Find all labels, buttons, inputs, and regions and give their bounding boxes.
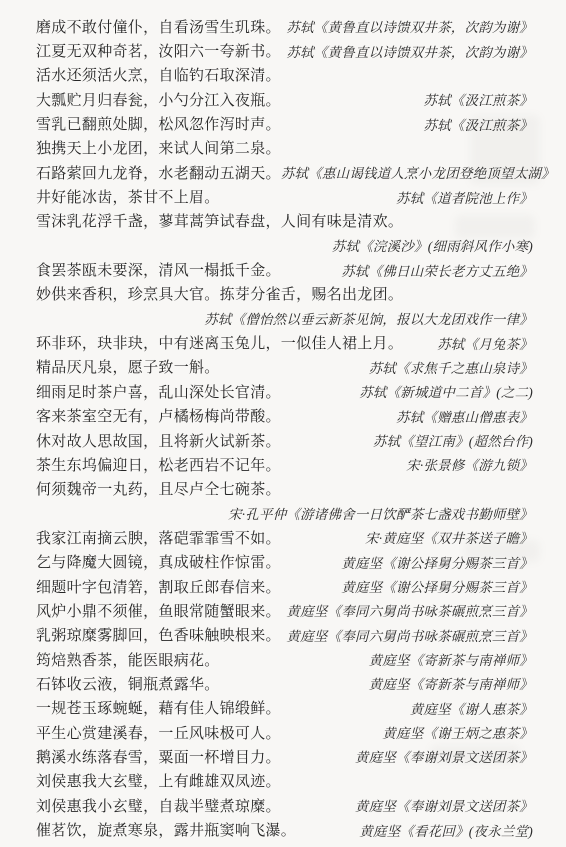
poem-row: 客来茶室空无有，卢橘杨梅尚带酸。苏轼《赠惠山僧惠表》: [36, 404, 533, 428]
poem-attribution: 苏轼《赠惠山僧惠表》: [396, 406, 533, 426]
poem-attribution: 苏轼《黄鲁直以诗馈双井茶，次韵为谢》: [286, 41, 533, 61]
poem-row: 苏轼《浣溪沙》(细雨斜风作小寒): [36, 233, 533, 257]
poem-quote-text: 茶生东坞偏迎日，松老西岩不记年。: [36, 454, 281, 475]
poem-attribution: 宋·张景修《游九锁》: [406, 454, 533, 474]
poem-quote-text: 乳粥琼糜雾脚回，色香味触映根来。: [36, 624, 281, 645]
document-page: 磨成不敢付僮仆，自看汤雪生玑珠。苏轼《黄鲁直以诗馈双井茶，次韵为谢》江夏无双种奇…: [0, 0, 566, 847]
poem-row: 精品厌凡泉，愿子致一斛。苏轼《求焦千之惠山泉诗》: [36, 355, 533, 379]
poem-quote-text: 乞与降魔大圆镜，真成破柱作惊雷。: [36, 551, 281, 572]
poem-row: 磨成不敢付僮仆，自看汤雪生玑珠。苏轼《黄鲁直以诗馈双井茶，次韵为谢》: [36, 14, 533, 38]
poem-quote-text: 鹅溪水练落春雪，粟面一杯增目力。: [36, 746, 281, 767]
poem-quote-text: 井好能冰齿，茶甘不上眉。: [36, 186, 220, 207]
poem-row: 茶生东坞偏迎日，松老西岩不记年。宋·张景修《游九锁》: [36, 452, 533, 476]
poem-row: 一规苍玉琢蜿蜒，藉有佳人锦缎鲜。黄庭坚《谢人惠茶》: [36, 696, 533, 720]
poem-attribution: 黄庭坚《奉谢刘景文送团茶》: [355, 795, 533, 815]
poem-attribution: 黄庭坚《谢公择舅分赐茶三首》: [341, 552, 533, 572]
poem-row: 细题叶字包清箬，割取丘郎春信来。黄庭坚《谢公择舅分赐茶三首》: [36, 574, 533, 598]
poem-quote-text: 一规苍玉琢蜿蜒，藉有佳人锦缎鲜。: [36, 697, 281, 718]
poem-row: 催茗饮，旋煮寒泉，露井瓶窦响飞瀑。黄庭坚《看花回》(夜永兰堂): [36, 817, 533, 841]
poem-quote-text: 妙供来香积，珍烹具大官。拣芽分雀舌，赐名出龙团。: [36, 283, 403, 304]
poem-row: 鹅溪水练落春雪，粟面一杯增目力。黄庭坚《奉谢刘景文送团茶》: [36, 744, 533, 768]
poem-attribution: 黄庭坚《奉谢刘景文送团茶》: [355, 746, 533, 766]
poem-quote-text: 江夏无双种奇茗，汝阳六一夸新书。: [36, 40, 281, 61]
poem-row: 细雨足时茶户喜，乱山深处长官清。苏轼《新城道中二首》(之二): [36, 379, 533, 403]
poem-quote-text: 刘侯惠我大玄璧，上有雌雄双凤迹。: [36, 770, 281, 791]
poem-attribution: 宋·黄庭坚《双井茶送子瞻》: [365, 527, 533, 547]
poem-attribution: 苏轼《浣溪沙》(细雨斜风作小寒): [332, 235, 533, 255]
poem-attribution: 苏轼《求焦千之惠山泉诗》: [369, 357, 533, 377]
poem-quote-text: 石路萦回九龙脊，水老翻动五湖天。: [36, 162, 281, 183]
poem-attribution: 苏轼《望江南》(超然台作): [373, 430, 533, 450]
poem-quote-text: 筠焙熟香茶，能医眼病花。: [36, 649, 220, 670]
poem-attribution: 黄庭坚《谢王炳之惠茶》: [382, 722, 533, 742]
poem-row: 休对故人思故国，且将新火试新茶。苏轼《望江南》(超然台作): [36, 428, 533, 452]
poem-row: 乳粥琼糜雾脚回，色香味触映根来。黄庭坚《奉同六舅尚书咏茶碾煎烹三首》: [36, 623, 533, 647]
poem-quote-text: 平生心赏建溪春，一丘风味极可人。: [36, 722, 281, 743]
poem-row: 苏轼《僧怡然以垂云新茶见饷，报以大龙团戏作一律》: [36, 306, 533, 330]
poem-row: 乞与降魔大圆镜，真成破柱作惊雷。黄庭坚《谢公择舅分赐茶三首》: [36, 550, 533, 574]
poem-row: 宋·孔平仲《游诸佛舍一日饮酽茶七盏戏书勤师壁》: [36, 501, 533, 525]
poem-quote-text: 刘侯惠我小玄璧，自裁半璧煮琼糜。: [36, 795, 281, 816]
poem-attribution: 黄庭坚《谢公择舅分赐茶三首》: [341, 576, 533, 596]
poem-row: 大瓢贮月归春瓮，小勺分江入夜瓶。苏轼《汲江煎茶》: [36, 87, 533, 111]
poem-row: 刘侯惠我大玄璧，上有雌雄双凤迹。: [36, 769, 533, 793]
poem-attribution: 苏轼《月兔茶》: [437, 333, 533, 353]
poem-attribution: 苏轼《惠山谒钱道人烹小龙团登绝顶望太湖》: [281, 162, 555, 182]
poem-attribution: 黄庭坚《奉同六舅尚书咏茶碾煎烹三首》: [286, 600, 533, 620]
poem-quote-text: 环非环，玦非玦，中有迷离玉兔儿，一似佳人裙上月。: [36, 332, 403, 353]
poem-quote-text: 磨成不敢付僮仆，自看汤雪生玑珠。: [36, 16, 281, 37]
poem-attribution: 苏轼《僧怡然以垂云新茶见饷，报以大龙团戏作一律》: [204, 308, 533, 328]
poem-attribution: 苏轼《黄鲁直以诗馈双井茶，次韵为谢》: [286, 16, 533, 36]
poem-quote-text: 独携天上小龙团，来试人间第二泉。: [36, 137, 281, 158]
poem-row: 江夏无双种奇茗，汝阳六一夸新书。苏轼《黄鲁直以诗馈双井茶，次韵为谢》: [36, 38, 533, 62]
poem-row: 食罢茶瓯未要深，清风一榻抵千金。苏轼《佛日山荣长老方丈五绝》: [36, 257, 533, 281]
poem-row: 妙供来香积，珍烹具大官。拣芽分雀舌，赐名出龙团。: [36, 282, 533, 306]
poem-quote-text: 风炉小鼎不须催，鱼眼常随蟹眼来。: [36, 600, 281, 621]
poem-attribution: 黄庭坚《奉同六舅尚书咏茶碾煎烹三首》: [286, 625, 533, 645]
poem-attribution: 宋·孔平仲《游诸佛舍一日饮酽茶七盏戏书勤师壁》: [228, 503, 533, 523]
poem-row: 何须魏帝一丸药，且尽卢仝七碗茶。: [36, 477, 533, 501]
poem-attribution: 苏轼《汲江煎茶》: [423, 89, 533, 109]
poem-row: 筠焙熟香茶，能医眼病花。黄庭坚《寄新茶与南禅师》: [36, 647, 533, 671]
poem-quote-text: 客来茶室空无有，卢橘杨梅尚带酸。: [36, 405, 281, 426]
poem-quote-text: 我家江南摘云腴，落硙霏霏雪不如。: [36, 527, 281, 548]
poem-row: 平生心赏建溪春，一丘风味极可人。黄庭坚《谢王炳之惠茶》: [36, 720, 533, 744]
poem-quote-list: 磨成不敢付僮仆，自看汤雪生玑珠。苏轼《黄鲁直以诗馈双井茶，次韵为谢》江夏无双种奇…: [36, 14, 533, 842]
poem-attribution: 苏轼《汲江煎茶》: [423, 114, 533, 134]
poem-row: 活水还须活火烹，自临钓石取深清。: [36, 63, 533, 87]
poem-attribution: 苏轼《新城道中二首》(之二): [359, 381, 533, 401]
poem-attribution: 黄庭坚《看花回》(夜永兰堂): [359, 820, 533, 840]
poem-attribution: 苏轼《佛日山荣长老方丈五绝》: [341, 260, 533, 280]
poem-row: 雪沫乳花浮千盏，蓼茸蒿笋试春盘，人间有味是清欢。: [36, 209, 533, 233]
poem-row: 风炉小鼎不须催，鱼眼常随蟹眼来。黄庭坚《奉同六舅尚书咏茶碾煎烹三首》: [36, 598, 533, 622]
poem-row: 环非环，玦非玦，中有迷离玉兔儿，一似佳人裙上月。苏轼《月兔茶》: [36, 330, 533, 354]
poem-row: 井好能冰齿，茶甘不上眉。苏轼《道者院池上作》: [36, 184, 533, 208]
poem-row: 石钵收云液，铜瓶煮露华。黄庭坚《寄新茶与南禅师》: [36, 671, 533, 695]
poem-quote-text: 精品厌凡泉，愿子致一斛。: [36, 356, 220, 377]
poem-row: 石路萦回九龙脊，水老翻动五湖天。苏轼《惠山谒钱道人烹小龙团登绝顶望太湖》: [36, 160, 533, 184]
poem-attribution: 黄庭坚《寄新茶与南禅师》: [369, 649, 533, 669]
poem-quote-text: 石钵收云液，铜瓶煮露华。: [36, 673, 220, 694]
poem-quote-text: 活水还须活火烹，自临钓石取深清。: [36, 64, 281, 85]
poem-quote-text: 休对故人思故国，且将新火试新茶。: [36, 430, 281, 451]
poem-row: 刘侯惠我小玄璧，自裁半璧煮琼糜。黄庭坚《奉谢刘景文送团茶》: [36, 793, 533, 817]
poem-quote-text: 食罢茶瓯未要深，清风一榻抵千金。: [36, 259, 281, 280]
poem-attribution: 黄庭坚《寄新茶与南禅师》: [369, 673, 533, 693]
poem-quote-text: 何须魏帝一丸药，且尽卢仝七碗茶。: [36, 478, 281, 499]
poem-quote-text: 细雨足时茶户喜，乱山深处长官清。: [36, 381, 281, 402]
poem-row: 独携天上小龙团，来试人间第二泉。: [36, 136, 533, 160]
poem-quote-text: 细题叶字包清箬，割取丘郎春信来。: [36, 576, 281, 597]
poem-quote-text: 雪乳已翻煎处脚，松风忽作泻时声。: [36, 113, 281, 134]
poem-attribution: 苏轼《道者院池上作》: [396, 187, 533, 207]
poem-quote-text: 催茗饮，旋煮寒泉，露井瓶窦响飞瀑。: [36, 819, 296, 840]
poem-attribution: 黄庭坚《谢人惠茶》: [410, 698, 533, 718]
poem-quote-text: 大瓢贮月归春瓮，小勺分江入夜瓶。: [36, 89, 281, 110]
poem-row: 雪乳已翻煎处脚，松风忽作泻时声。苏轼《汲江煎茶》: [36, 111, 533, 135]
poem-quote-text: 雪沫乳花浮千盏，蓼茸蒿笋试春盘，人间有味是清欢。: [36, 210, 403, 231]
poem-row: 我家江南摘云腴，落硙霏霏雪不如。宋·黄庭坚《双井茶送子瞻》: [36, 525, 533, 549]
